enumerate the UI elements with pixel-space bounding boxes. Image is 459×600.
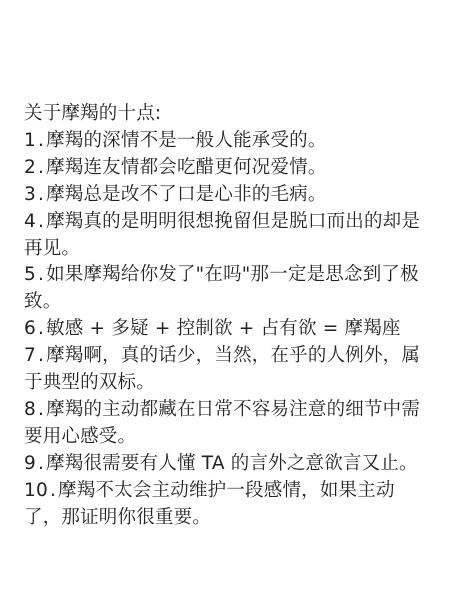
item-text: 摩羯真的是明明很想挽留但是脱口而出的却是再见。 [24,211,420,259]
item-separator: . [38,211,44,232]
item-text: 摩羯的深情不是一般人能承受的。 [46,130,327,151]
list-item: 7.摩羯啊，真的话少，当然，在乎的人例外，属于典型的双标。 [24,343,426,397]
item-number: 1 [24,130,36,151]
document-title: 关于摩羯的十点: [24,101,426,128]
points-list: 1.摩羯的深情不是一般人能承受的。 2.摩羯连友情都会吃醋更何况爱情。 3.摩羯… [24,128,426,532]
list-item: 8.摩羯的主动都藏在日常不容易注意的细节中需要用心感受。 [24,397,426,451]
item-separator: . [50,480,56,501]
item-separator: . [38,399,44,420]
item-number: 3 [24,184,36,205]
list-item: 4.摩羯真的是明明很想挽留但是脱口而出的却是再见。 [24,209,426,263]
item-text: 摩羯啊，真的话少，当然，在乎的人例外，属于典型的双标。 [24,345,420,393]
item-separator: . [38,345,44,366]
document-body: 关于摩羯的十点: 1.摩羯的深情不是一般人能承受的。 2.摩羯连友情都会吃醋更何… [24,101,426,532]
list-item: 10.摩羯不太会主动维护一段感情，如果主动了，那证明你很重要。 [24,478,426,532]
item-number: 4 [24,211,36,232]
item-number: 5 [24,264,36,285]
list-item: 6.敏感 + 多疑 + 控制欲 + 占有欲 = 摩羯座 [24,316,426,343]
item-text: 敏感 + 多疑 + 控制欲 + 占有欲 = 摩羯座 [46,318,401,339]
item-text: 如果摩羯给你发了"在吗"那一定是思念到了极致。 [24,264,419,312]
item-separator: . [38,318,44,339]
list-item: 9.摩羯很需要有人懂 TA 的言外之意欲言又止。 [24,451,426,478]
item-separator: . [38,130,44,151]
item-text: 摩羯总是改不了口是心非的毛病。 [46,184,327,205]
item-text: 摩羯连友情都会吃醋更何况爱情。 [46,157,327,178]
item-number: 10 [24,480,48,501]
list-item: 5.如果摩羯给你发了"在吗"那一定是思念到了极致。 [24,262,426,316]
item-separator: . [38,184,44,205]
item-separator: . [38,453,44,474]
item-text: 摩羯很需要有人懂 TA 的言外之意欲言又止。 [46,453,418,474]
item-text: 摩羯的主动都藏在日常不容易注意的细节中需要用心感受。 [24,399,420,447]
item-number: 8 [24,399,36,420]
item-separator: . [38,157,44,178]
item-text: 摩羯不太会主动维护一段感情，如果主动了，那证明你很重要。 [24,480,395,528]
list-item: 2.摩羯连友情都会吃醋更何况爱情。 [24,155,426,182]
item-number: 7 [24,345,36,366]
item-number: 9 [24,453,36,474]
item-number: 2 [24,157,36,178]
item-separator: . [38,264,44,285]
list-item: 3.摩羯总是改不了口是心非的毛病。 [24,182,426,209]
item-number: 6 [24,318,36,339]
list-item: 1.摩羯的深情不是一般人能承受的。 [24,128,426,155]
